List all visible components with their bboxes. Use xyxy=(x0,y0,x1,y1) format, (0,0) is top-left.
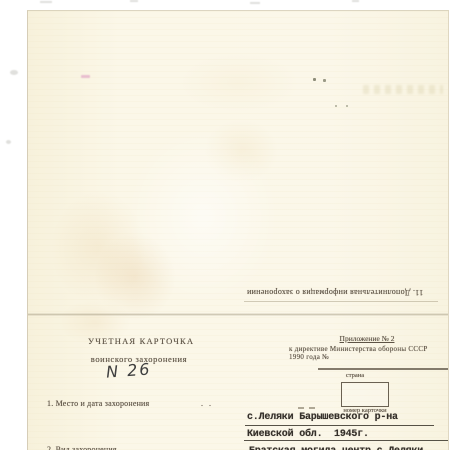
scanner-speck xyxy=(352,0,359,2)
pink-mark xyxy=(81,75,90,78)
dark-dot xyxy=(346,105,348,107)
paper-stain xyxy=(204,119,278,183)
entry-underline xyxy=(245,425,434,426)
field-label-burial-type: 2. Вид захоронения xyxy=(47,445,117,450)
scanner-smudge xyxy=(10,70,18,75)
annex-directive-line: к директиве Министерства обороны СССР xyxy=(289,345,428,353)
annex-rule xyxy=(318,368,448,370)
field-dots: . . xyxy=(201,399,213,408)
country-box xyxy=(341,382,389,407)
scanner-speck xyxy=(40,1,52,3)
paper-stain xyxy=(51,191,146,306)
scanner-speck xyxy=(250,2,260,4)
typed-location-line-1: с.Леляки Барышевского р-на xyxy=(247,412,398,423)
card-title: УЧЕТНАЯ КАРТОЧКА xyxy=(88,336,192,346)
scanner-smudge xyxy=(6,140,11,144)
fold-crease xyxy=(28,313,448,316)
scanner-speck xyxy=(130,0,138,2)
paper-stain xyxy=(178,53,298,113)
card-paper: 11. Дополнительная информация о захороне… xyxy=(27,10,449,450)
rotated-back-field-label: 11. Дополнительная информация о захороне… xyxy=(234,288,436,297)
scanned-document-page: { "card": { "back_field_label_rotated": … xyxy=(0,0,450,450)
ruled-line xyxy=(244,301,438,302)
dash-mark xyxy=(298,407,304,409)
handwritten-card-number: N 26 xyxy=(105,359,152,381)
typed-location-line-2: Киевской обл. 1945г. xyxy=(247,429,369,440)
dark-dot xyxy=(335,105,337,107)
paper-stain xyxy=(94,233,176,321)
dark-speck xyxy=(323,79,326,82)
dark-speck xyxy=(313,78,316,81)
field-label-place-date: 1. Место и дата захоронения xyxy=(47,399,149,408)
annex-title: Приложение № 2 xyxy=(317,334,417,343)
country-label: страна xyxy=(328,372,382,379)
paper-light-area xyxy=(128,129,278,304)
ink-bleed-through xyxy=(363,85,443,94)
entry-underline xyxy=(244,440,448,441)
typed-location-line-3: Братская могила центр с.Леляки xyxy=(249,446,423,450)
annex-year-line: 1990 года № xyxy=(289,353,329,361)
dash-mark xyxy=(309,407,315,409)
